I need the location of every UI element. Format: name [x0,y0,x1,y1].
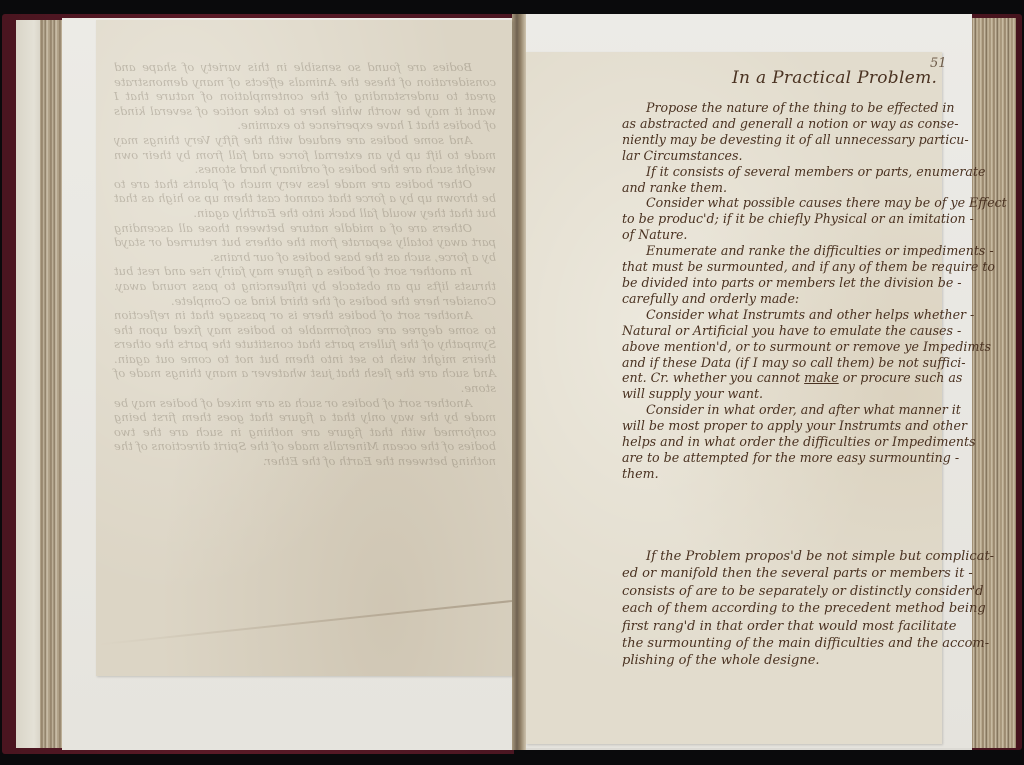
manuscript-line: and ranke them. [622,180,940,196]
manuscript-text-block-main: Propose the nature of the thing to be ef… [622,100,940,482]
bleed-through-paragraph: Other bodies are made less very much of … [114,177,496,221]
manuscript-line: as abstracted and generall a notion or w… [622,116,940,132]
manuscript-line: ent. Cr. whether you cannot make or proc… [622,370,940,386]
underlined-word: make [804,370,839,385]
bleed-through-paragraph: Others are of a middle nature between th… [114,221,496,265]
manuscript-line: are to be attempted for the more easy su… [622,450,940,466]
page-heading: In a Practical Problem. [732,68,937,88]
manuscript-line: lar Circumstances. [622,148,940,164]
bleed-through-paragraph: In another sort of bodies a figure may f… [114,264,496,308]
page-edges-left [40,20,64,748]
manuscript-line: first rang'd in that order that would mo… [622,618,940,635]
manuscript-line: Propose the nature of the thing to be ef… [622,100,940,116]
manuscript-line: Natural or Artificial you have to emulat… [622,323,940,339]
manuscript-line: above mention'd, or to surmount or remov… [622,339,940,355]
manuscript-line: If it consists of several members or par… [622,164,940,180]
manuscript-line: Consider what possible causes there may … [622,195,940,211]
manuscript-line: If the Problem propos'd be not simple bu… [622,548,940,565]
manuscript-line: Consider in what order, and after what m… [622,402,940,418]
manuscript-line: of Nature. [622,227,940,243]
manuscript-line: will supply your want. [622,386,940,402]
manuscript-line: helps and in what order the difficulties… [622,434,940,450]
manuscript-line: carefully and orderly made: [622,291,940,307]
manuscript-line: plishing of the whole designe. [622,652,940,669]
manuscript-line: Consider what Instrumts and other helps … [622,307,940,323]
bleed-through-paragraph: Another sort of bodies there is or passa… [114,308,496,396]
manuscript-line: ed or manifold then the several parts or… [622,565,940,582]
bleed-through-paragraph: And some bodies are endued with the fift… [114,133,496,177]
manuscript-line: that must be surmounted, and if any of t… [622,259,940,275]
manuscript-text-block-final: If the Problem propos'd be not simple bu… [622,548,940,670]
bleed-through-text: Bodies are found so sensible in this var… [114,60,496,469]
manuscript-line: each of them according to the precedent … [622,600,940,617]
manuscript-line: them. [622,466,940,482]
manuscript-leaf-left: Bodies are found so sensible in this var… [96,20,512,676]
manuscript-line: niently may be devesting it of all unnec… [622,132,940,148]
book-gutter [512,14,526,750]
manuscript-line: be divided into parts or members let the… [622,275,940,291]
manuscript-line: will be most proper to apply your Instru… [622,418,940,434]
manuscript-line: Enumerate and ranke the difficulties or … [622,243,940,259]
manuscript-line: to be produc'd; if it be chiefly Physica… [622,211,940,227]
manuscript-line: and if these Data (if I may so call them… [622,355,940,371]
manuscript-line: consists of are to be separately or dist… [622,583,940,600]
bleed-through-paragraph: Another sort of bodies or such as are mi… [114,396,496,469]
bleed-through-paragraph: Bodies are found so sensible in this var… [114,60,496,133]
manuscript-line: the surmounting of the main difficulties… [622,635,940,652]
